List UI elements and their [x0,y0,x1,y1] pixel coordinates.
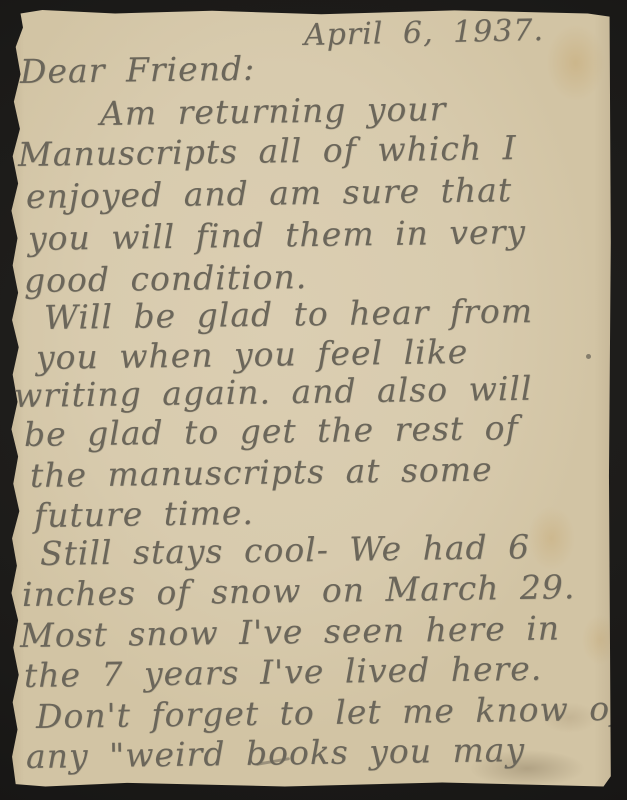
letter-line: Manuscripts all of which I [18,128,517,174]
letter-line: any "weird books you may [26,730,526,776]
letter-line: Am returning your [100,89,447,133]
letter-line: be glad to get the rest of [24,408,519,454]
stray-pencil-dot [586,354,591,359]
letter-paper: April 6, 1937. Dear Friend: Am returning… [6,8,612,788]
letter-line: you will find them in very [28,212,527,258]
letter-salutation: Dear Friend: [20,49,256,91]
letter-line: good condition. [24,257,308,300]
letter-date: April 6, 1937. [304,13,545,53]
letter-line: enjoyed and am sure that [26,170,513,216]
letter-line: Don't forget to let me know of [36,689,624,736]
letter-line: the 7 years I've lived here. [24,649,543,695]
letter-line: future time. [34,493,254,535]
letter-line: the manuscripts at some [30,450,493,495]
letter-line: Most snow I've seen here in [20,608,561,655]
scan-background: April 6, 1937. Dear Friend: Am returning… [0,0,627,800]
letter-line: inches of snow on March 29. [22,567,576,614]
letter-line: Still stays cool- We had 6 [40,527,531,573]
letter-line: Will be glad to hear from [44,291,534,337]
